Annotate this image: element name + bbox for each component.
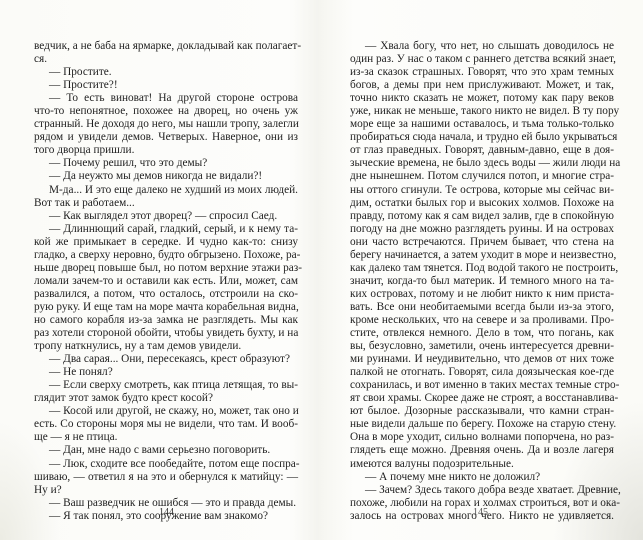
text-line: ведчик, а не баба на ярмарке, докладывай… [34,40,298,53]
text-line: Ну и? [34,484,298,497]
text-line: — Люк, сходите все пообедайте, потом еще… [34,458,298,471]
text-line: — Почему решил, что это демы? [34,157,298,170]
text-line: дим, остатки былых гор и высоких холмов.… [350,197,614,210]
text-line: значит, когда-то был материк. И темного … [350,275,614,288]
left-page: ведчик, а не баба на ярмарке, докладывай… [34,40,298,523]
text-line: — Как выглядел этот дворец? — спросил Са… [34,210,298,223]
text-line: они часто встречаются. Причем бывает, чт… [350,236,614,249]
book-spread: ведчик, а не баба на ярмарке, докладывай… [0,0,643,540]
text-line: — Если сверху смотреть, как птица летяща… [34,379,298,392]
text-line: но самого корабля из-за замка не разгляд… [34,314,298,327]
page-number-right: 145 [473,507,488,518]
text-line: один раз. У нас о таком с раннего детств… [350,53,614,66]
text-line: — А почему мне никто не доложил? [350,471,614,484]
text-line: того дворца пришли. [34,144,298,157]
right-page: — Хвала богу, что нет, но слышать доводи… [350,40,614,523]
text-line: — Зачем? Здесь такого добра везде хватае… [350,484,614,497]
text-line: зыческие времена, не было здесь воды — ж… [350,157,614,170]
text-line: Она в море уходит, сильно волнами попорч… [350,431,614,444]
text-line: пробираться сюда начала, и трудно ей был… [350,131,614,144]
text-line: есть. Со стороны моря мы не видели, что … [34,418,298,431]
text-line: ные видели дальше по берегу. Похоже на с… [350,418,614,431]
text-line: ломали зачем-то и оставили как есть. Или… [34,275,298,288]
text-line: рую руку. И еще там на море мачта корабе… [34,301,298,314]
text-line: глядеть еще можно. Древняя очень. Да и в… [350,444,614,457]
text-line: — Простите. [34,66,298,79]
text-line: — Хвала богу, что нет, но слышать доводи… [350,40,614,53]
text-line: — Дан, мне надо с вами серьезно поговори… [34,444,298,457]
text-line: — Длиннющий сарай, гладкий, серый, и к н… [34,223,298,236]
text-line: ньше дворец повыше был, но потом верхние… [34,262,298,275]
text-line: палкой не отогнать. Говорят, сила доязыч… [350,366,614,379]
text-line: — Да неужто мы демов никогда не видали?! [34,170,298,183]
text-line: море еще за нашими оставалось, и тьма то… [350,118,614,131]
text-line: рядом и увидели демов. Четверых. Наверно… [34,131,298,144]
text-line: гладко, а сверху неровно, будто обгрызен… [34,249,298,262]
text-line: глядит этот замок будто крест косой? [34,392,298,405]
text-line: правду, потому как я сам видел залив, гд… [350,210,614,223]
text-line: странный. Не доходя до него, мы нашли тр… [34,118,298,131]
text-line: ще — я не птица. [34,431,298,444]
text-line: ют былое. Дозорные рассказывали, что кам… [350,405,614,418]
text-line: из-за сказок страшных. Говорят, что это … [350,66,614,79]
text-line: раз хотели стороной обойти, чтобы увидет… [34,327,298,340]
text-line: вать. Все они необитаемыми всегда были и… [350,301,614,314]
text-line: как далеко там тянется. Под водой такого… [350,262,614,275]
text-line: М-да... И это еще далеко не худший из мо… [34,184,298,197]
text-line: кроме нескольких, что на севере и за про… [350,314,614,327]
text-line: — То есть виноват! На другой стороне ост… [34,92,298,105]
text-line: вы, безусловно, заметили, очень интересу… [350,340,614,353]
text-line: шиваю, — ответил я на это и обернулся к … [34,471,298,484]
text-line: ны оттого сгинули. Те острова, которые м… [350,184,614,197]
text-line: — Два сарая... Они, пересекаясь, крест о… [34,353,298,366]
text-line: что-то непонятное, похожее на дворец, но… [34,105,298,118]
text-line: развалился, а потом, что осталось, отстр… [34,288,298,301]
text-line: ся. [34,53,298,66]
text-line: дне нынешнем. Потом случился потоп, и мн… [350,170,614,183]
text-line: — Косой или другой, не скажу, но, может,… [34,405,298,418]
text-line: стите, отвлекся немного. Дело в том, что… [350,327,614,340]
text-line: кой же примыкает в середке. И чудно как-… [34,236,298,249]
text-line: уже, никак не меньше, такого никто не ви… [350,105,614,118]
text-line: ят свои храмы. Скорее даже не строят, а … [350,392,614,405]
text-line: погоду на дне можно разглядеть руины. И … [350,223,614,236]
text-line: сохранилась, и вот именно в таких местах… [350,379,614,392]
text-line: имеются валуны подозрительные. [350,458,614,471]
text-line: — Простите?! [34,79,298,92]
page-number-left: 144 [159,507,174,518]
text-line: берегу начинается, а затем уходит в море… [350,249,614,262]
text-line: ких островах, потому и не любит никто к … [350,288,614,301]
text-line: тропу наткнулись, ну а там демов увидели… [34,340,298,353]
text-line: Вот так и работаем... [34,197,298,210]
text-line: — Не понял? [34,366,298,379]
text-line: от глаз праведных. Говорят, давным-давно… [350,144,614,157]
text-line: точно никто сказать не может, потому как… [350,92,614,105]
text-line: богов, а демы при нем прислуживают. Може… [350,79,614,92]
text-line: ми руинами. И неудивительно, что демов о… [350,353,614,366]
